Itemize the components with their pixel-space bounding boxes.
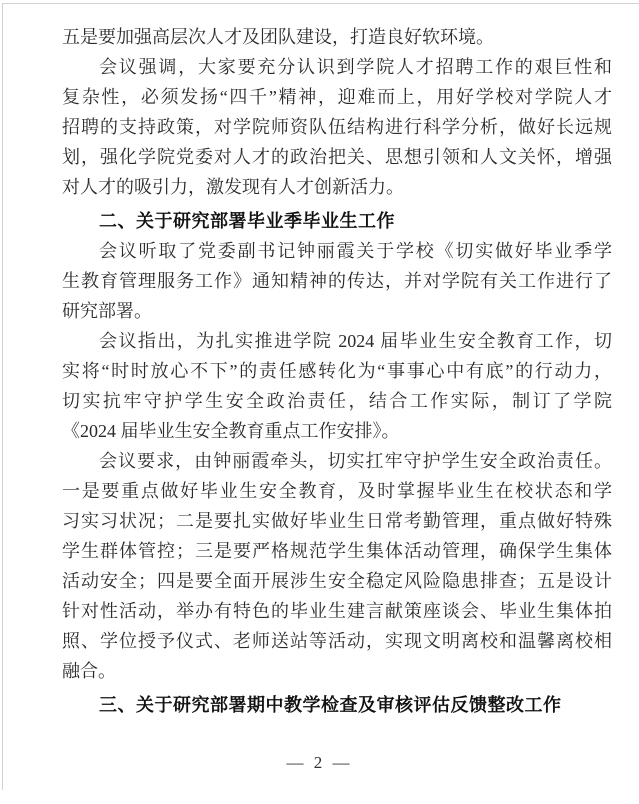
page-number: — 2 — bbox=[0, 753, 639, 773]
text-line: 划，强化学院党委对人才的政治把关、思想引领和人文关怀，增强 bbox=[62, 142, 612, 172]
text-line: 《2024 届毕业生安全教育重点工作安排》。 bbox=[62, 416, 612, 446]
heading-line: 二、关于研究部署毕业季毕业生工作 bbox=[62, 206, 612, 236]
text-line: 研究部署。 bbox=[62, 296, 612, 326]
text-line: 习实习状况；二是要扎实做好毕业生日常考勤管理，重点做好特殊 bbox=[62, 506, 612, 536]
text-line: 会议强调，大家要充分认识到学院人才招聘工作的艰巨性和 bbox=[62, 52, 612, 82]
text-line: 照、学位授予仪式、老师送站等活动，实现文明离校和温馨离校相 bbox=[62, 626, 612, 656]
text-line: 一是要重点做好毕业生安全教育，及时掌握毕业生在校状态和学 bbox=[62, 476, 612, 506]
text-line: 切实抗牢守护学生安全政治责任，结合工作实际，制订了学院 bbox=[62, 386, 612, 416]
text-line: 招聘的支持政策，对学院师资队伍结构进行科学分析，做好长远规 bbox=[62, 112, 612, 142]
text-line: 活动安全；四是要全面开展涉生安全稳定风险隐患排查；五是设计 bbox=[62, 566, 612, 596]
text-line: 针对性活动，举办有特色的毕业生建言献策座谈会、毕业生集体拍 bbox=[62, 596, 612, 626]
text-line: 会议要求，由钟丽霞牵头，切实扛牢守护学生安全政治责任。 bbox=[62, 446, 612, 476]
heading-line: 三、关于研究部署期中教学检查及审核评估反馈整改工作 bbox=[62, 690, 612, 720]
paragraph: 会议听取了党委副书记钟丽霞关于学校《切实做好毕业季学生教育管理服务工作》通知精神… bbox=[62, 236, 612, 326]
paragraph: 五是要加强高层次人才及团队建设，打造良好软环境。 bbox=[62, 22, 612, 52]
text-line: 生教育管理服务工作》通知精神的传达，并对学院有关工作进行了 bbox=[62, 266, 612, 296]
paragraph: 会议指出，为扎实推进学院 2024 届毕业生安全教育工作，切实将“时时放心不下”… bbox=[62, 326, 612, 446]
section-heading: 二、关于研究部署毕业季毕业生工作 bbox=[62, 206, 612, 236]
text-line: 学生群体管控；三是要严格规范学生集体活动管理，确保学生集体 bbox=[62, 536, 612, 566]
text-line: 融合。 bbox=[62, 656, 612, 686]
paragraph: 会议要求，由钟丽霞牵头，切实扛牢守护学生安全政治责任。一是要重点做好毕业生安全教… bbox=[62, 446, 612, 686]
paragraph: 会议强调，大家要充分认识到学院人才招聘工作的艰巨性和复杂性，必须发扬“四千”精神… bbox=[62, 52, 612, 202]
page-frame-left-border bbox=[2, 3, 3, 790]
text-line: 对人才的吸引力，激发现有人才创新活力。 bbox=[62, 172, 612, 202]
text-line: 复杂性，必须发扬“四千”精神，迎难而上，用好学校对学院人才 bbox=[62, 82, 612, 112]
document-page: 五是要加强高层次人才及团队建设，打造良好软环境。会议强调，大家要充分认识到学院人… bbox=[0, 0, 639, 804]
document-body: 五是要加强高层次人才及团队建设，打造良好软环境。会议强调，大家要充分认识到学院人… bbox=[62, 22, 612, 720]
text-line: 五是要加强高层次人才及团队建设，打造良好软环境。 bbox=[62, 22, 612, 52]
text-line: 会议听取了党委副书记钟丽霞关于学校《切实做好毕业季学 bbox=[62, 236, 612, 266]
page-frame-top-border bbox=[2, 3, 639, 4]
text-line: 会议指出，为扎实推进学院 2024 届毕业生安全教育工作，切 bbox=[62, 326, 612, 356]
section-heading: 三、关于研究部署期中教学检查及审核评估反馈整改工作 bbox=[62, 690, 612, 720]
text-line: 实将“时时放心不下”的责任感转化为“事事心中有底”的行动力， bbox=[62, 356, 612, 386]
